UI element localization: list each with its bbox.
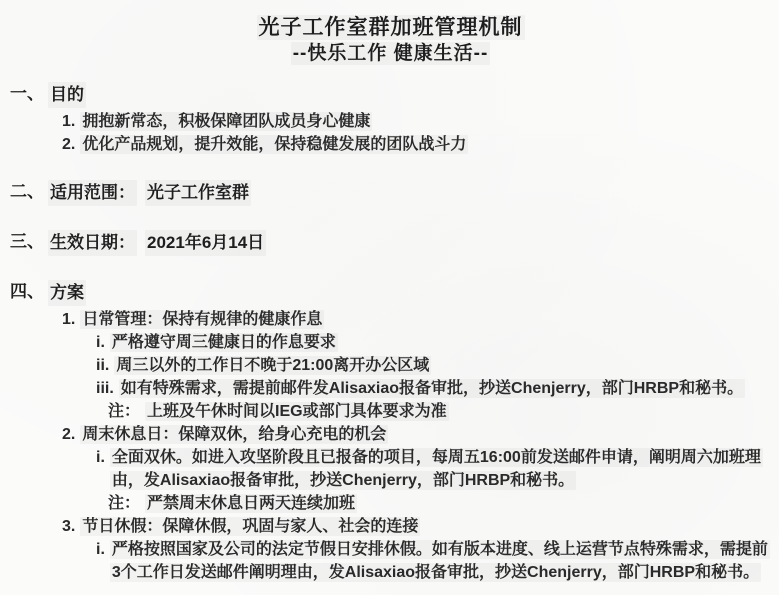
list-item: 1. 拥抱新常态，积极保障团队成员身心健康	[62, 110, 771, 133]
doc-title: 光子工作室群加班管理机制	[10, 14, 771, 41]
sub-list-item: iii. 如有特殊需求，需提前邮件发Alisaxiao报备审批，抄送Chenje…	[96, 377, 771, 400]
section-effective-date: 三、 生效日期： 2021年6月14日	[10, 230, 771, 256]
item-text: 拥抱新常态，积极保障团队成员身心健康	[80, 110, 771, 133]
section-label: 四、	[10, 280, 48, 306]
note-line: 注： 上班及午休时间以IEG或部门具体要求为准	[108, 400, 771, 423]
item-text: 周末休息日：保障双休，给身心充电的机会	[80, 423, 771, 446]
section-heading: 三、 生效日期： 2021年6月14日	[10, 230, 771, 256]
sub-list-item: i. 严格按照国家及公司的法定节假日安排休假。如有版本进度、线上运营节点特殊需求…	[96, 538, 771, 584]
doc-subtitle: --快乐工作 健康生活--	[10, 41, 771, 66]
section-title: 目的	[48, 82, 86, 108]
subitem-text: 全面双休。如进入攻坚阶段且已报备的项目，每周五16:00前发送邮件申请，阐明周六…	[110, 446, 771, 492]
subitem-marker: i.	[96, 331, 110, 354]
item-text: 优化产品规划，提升效能，保持稳健发展的团队战斗力	[80, 133, 771, 156]
section-label: 二、	[10, 180, 48, 206]
note-text: 上班及午休时间以IEG或部门具体要求为准	[145, 400, 771, 423]
subitem-text: 严格按照国家及公司的法定节假日安排休假。如有版本进度、线上运营节点特殊需求，需提…	[110, 538, 771, 584]
item-marker: 3.	[62, 515, 80, 538]
item-marker: 2.	[62, 133, 80, 156]
section-title: 生效日期：	[48, 230, 137, 256]
section-heading: 四、 方案	[10, 280, 771, 306]
note-marker: 注：	[108, 492, 145, 515]
item-text: 日常管理：保持有规律的健康作息	[80, 308, 771, 331]
note-text: 严禁周末休息日两天连续加班	[145, 492, 771, 515]
list-item-daily: 1. 日常管理：保持有规律的健康作息	[62, 308, 771, 331]
document-page: 光子工作室群加班管理机制 --快乐工作 健康生活-- 一、 目的 1. 拥抱新常…	[0, 0, 779, 595]
item-marker: 1.	[62, 308, 80, 331]
item-marker: 1.	[62, 110, 80, 133]
list-item-weekend: 2. 周末休息日：保障双休，给身心充电的机会	[62, 423, 771, 446]
item-marker: 2.	[62, 423, 80, 446]
subitem-marker: i.	[96, 538, 110, 584]
subitem-marker: iii.	[96, 377, 119, 400]
section-title: 方案	[48, 280, 86, 306]
title-block: 光子工作室群加班管理机制 --快乐工作 健康生活--	[10, 14, 771, 66]
section-label: 三、	[10, 230, 48, 256]
item-text: 节日休假：保障休假，巩固与家人、社会的连接	[80, 515, 771, 538]
subitem-text: 如有特殊需求，需提前邮件发Alisaxiao报备审批，抄送Chenjerry，部…	[119, 377, 771, 400]
section-label: 一、	[10, 82, 48, 108]
doc-subtitle-text: --快乐工作 健康生活--	[291, 42, 491, 65]
list-item-holiday: 3. 节日休假：保障休假，巩固与家人、社会的连接	[62, 515, 771, 538]
note-marker: 注：	[108, 400, 145, 423]
subitem-text: 周三以外的工作日不晚于21:00离开办公区域	[114, 354, 771, 377]
section-plan: 四、 方案 1. 日常管理：保持有规律的健康作息 i. 严格遵守周三健康日的作息…	[10, 280, 771, 584]
section-purpose: 一、 目的 1. 拥抱新常态，积极保障团队成员身心健康 2. 优化产品规划，提升…	[10, 82, 771, 156]
note-line: 注： 严禁周末休息日两天连续加班	[108, 492, 771, 515]
sub-list-item: i. 全面双休。如进入攻坚阶段且已报备的项目，每周五16:00前发送邮件申请，阐…	[96, 446, 771, 492]
list-item: 2. 优化产品规划，提升效能，保持稳健发展的团队战斗力	[62, 133, 771, 156]
subitem-marker: ii.	[96, 354, 114, 377]
section-scope: 二、 适用范围： 光子工作室群	[10, 180, 771, 206]
sub-list-item: i. 严格遵守周三健康日的作息要求	[96, 331, 771, 354]
section-heading: 一、 目的	[10, 82, 771, 108]
doc-title-text: 光子工作室群加班管理机制	[257, 15, 525, 40]
subitem-text: 严格遵守周三健康日的作息要求	[110, 331, 771, 354]
section-value: 2021年6月14日	[145, 230, 266, 256]
section-value: 光子工作室群	[145, 180, 251, 206]
sub-list-item: ii. 周三以外的工作日不晚于21:00离开办公区域	[96, 354, 771, 377]
subitem-marker: i.	[96, 446, 110, 492]
section-heading: 二、 适用范围： 光子工作室群	[10, 180, 771, 206]
section-title: 适用范围：	[48, 180, 137, 206]
